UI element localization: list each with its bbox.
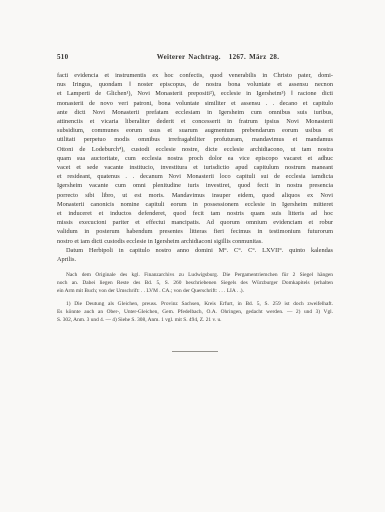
text-line: facti evidencia et instrumentis ex hoc c… (57, 71, 333, 80)
text-line: Monasterii canonicis nomine capituli eor… (57, 200, 333, 209)
charter-text-block: facti evidencia et instrumentis ex hoc c… (57, 71, 333, 264)
text-line: nostro et iam dicti custodis ecclesie in… (57, 237, 333, 246)
source-note: Nach dem Originale des kgl. Finanzarchiv… (57, 272, 333, 296)
text-line: ante dicti Novi Monasterii prefatam eccl… (57, 108, 333, 117)
datum-paragraph: Datum Herbipoli in capitulo nostro anno … (57, 246, 333, 264)
text-line: Datum Herbipoli in capitulo nostro anno … (57, 246, 333, 255)
page-number: 510 (57, 53, 103, 61)
text-line: porrecto sibi libro, ut est moris. Manda… (57, 191, 333, 200)
text-line: S. 302, Anm. 3 und 4. — 4) Siehe S. 308,… (57, 317, 333, 325)
text-line: Aprilis. (57, 255, 333, 264)
running-header: 510 Weiterer Nachtrag.1267. März 28. (57, 53, 333, 61)
text-line: nus Iringus, quondam ‖ noster episcopus,… (57, 80, 333, 89)
text-line: et induceret et inductos defenderet, quo… (57, 209, 333, 218)
text-line: quam sua auctoritate, cum ecclesia nostr… (57, 154, 333, 163)
text-line: subsidium, communes eorum usus et suarum… (57, 126, 333, 135)
text-line: et resideant, quatenus . . decanum Novi … (57, 172, 333, 181)
text-line: et Lamperti de Glichen¹), Novi Monasteri… (57, 89, 333, 98)
date-heading: 1267. März 28. (229, 53, 280, 61)
text-line: missis execucioni pariter et effectui ma… (57, 218, 333, 227)
text-line: utilitati perpetuo modis omnibus irrefra… (57, 135, 333, 144)
text-line: Igersheim vacante cum omni plenitudine i… (57, 181, 333, 190)
section-divider (172, 351, 218, 352)
text-line: Es könnte auch an Ober-, Unter-Gleichen,… (57, 309, 333, 317)
header-center: Weiterer Nachtrag.1267. März 28. (103, 53, 333, 61)
charter-paragraph: facti evidencia et instrumentis ex hoc c… (57, 71, 333, 246)
footnote-block: 1) Die Deutung als Gleichen, preuss. Pro… (57, 301, 333, 325)
text-line: validum in posterum habendum presentes l… (57, 227, 333, 236)
text-line: ein Arm mit Buch; von der Umschrift: . .… (57, 288, 333, 296)
text-line: Nach dem Originale des kgl. Finanzarchiv… (57, 272, 333, 280)
scanned-book-page: 510 Weiterer Nachtrag.1267. März 28. fac… (0, 0, 385, 512)
text-line: attinenciis et vicaria liberaliter deder… (57, 117, 333, 126)
text-line: monasterii de novo veri patroni, bona vo… (57, 99, 333, 108)
text-line: Ottoni de Lodeburch⁴), custodi ecclesie … (57, 145, 333, 154)
text-line: noch an. Dabei liegen Reste des Bd. 5, S… (57, 280, 333, 288)
text-line: 1) Die Deutung als Gleichen, preuss. Pro… (57, 301, 333, 309)
section-title: Weiterer Nachtrag. (157, 53, 221, 61)
text-line: vacet et sede vacante institucio, invest… (57, 163, 333, 172)
